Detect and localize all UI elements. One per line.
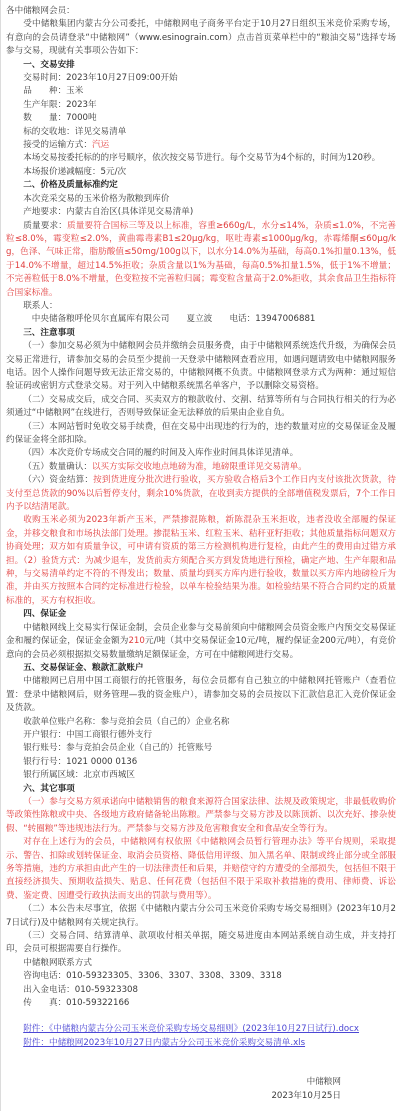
notice-3-text: （三）本网站暂时免收交易手续费，但在交易中出现违约行为的，违约数量对应的交易保证… bbox=[6, 422, 396, 445]
notice-4-text: （四）本次竞价专场成交合同的履约时间及入库作业时间具体详见清单。 bbox=[23, 448, 298, 458]
attachment-rules-link[interactable]: 附件：《中储粮内蒙古分公司玉米竞价采购专场交易细则》(2023年10月27日试行… bbox=[23, 1024, 359, 1034]
contact-info: 中央储备粮呼伦贝尔直属库有限公司 夏立波 电话：13947006881 bbox=[6, 313, 396, 326]
consult-phone-text: 咨询电话：010-59323305、3306、3307、3308、3309、33… bbox=[23, 971, 282, 981]
bank-number: 银行行号：1021 0000 0136 bbox=[6, 756, 396, 769]
notice-5-text: （五）数量确认： bbox=[23, 462, 92, 472]
deposit-paragraph: 中储粮网线上交易实行保证金制，会员企业参与交易前须向中储粮网会员资金账户内预交交… bbox=[6, 622, 396, 662]
other-1: （一）参与交易方须承诺向中储粮销售的粮食来源符合国家法律、法规及政策规定，非最低… bbox=[6, 796, 396, 836]
notice-4: （四）本次竞价专场成交合同的履约时间及入库作业时间具体详见清单。 bbox=[6, 447, 396, 460]
attachment-list-link[interactable]: 附件：中储粮网2023年10月27日内蒙古分公司玉米竞价采购交易清单.xls bbox=[23, 1038, 305, 1048]
quantity: 数 量：7000吨 bbox=[6, 112, 396, 125]
heading-section-2-text: 二、价格及质量标准约定 bbox=[23, 180, 118, 190]
bank-intro: 中储粮网已启用中国工商银行的托管服务，每位会员都有自己独立的中储粮网托管账户（查… bbox=[6, 675, 396, 715]
other-1-text: （一）参与交易方须承诺向中储粮销售的粮食来源符合国家法律、法规及政策规定，非最低… bbox=[6, 797, 396, 834]
bank-name: 开户银行：中国工商银行德外支行 bbox=[6, 729, 396, 742]
session-rule: 本场交易按委托标的的序号顺序，依次按交易节进行。每个交易节为4个标的，时间为12… bbox=[6, 152, 396, 165]
bank-region-text: 银行所属区域：北京市西城区 bbox=[23, 770, 135, 780]
bank-intro-text: 中储粮网已启用中国工商银行的托管服务，每位会员都有自己独立的中储粮网托管账户（查… bbox=[6, 676, 396, 713]
fax-text: 传 真：010-59322166 bbox=[23, 998, 129, 1008]
payee-name-text: 收款单位账户名称：参与竞拍会员（自己的）企业名称 bbox=[23, 717, 229, 727]
variety-text: 品 种：玉米 bbox=[23, 86, 83, 96]
heading-section-3-text: 三、注意事项 bbox=[23, 328, 75, 338]
heading-section-5: 五、交易保证金、粮款汇款账户 bbox=[6, 662, 396, 675]
deposit-paragraph-text: 210 bbox=[128, 636, 144, 646]
contact-label-text: 联系人： bbox=[23, 301, 57, 311]
notice-1: （一）参加交易必须为中储粮网会员并缴纳会员服务费，由于中储粮网系统迭代升级，为确… bbox=[6, 340, 396, 394]
heading-section-4: 四、保证金 bbox=[6, 608, 396, 621]
fax: 传 真：010-59322166 bbox=[6, 997, 396, 1010]
trade-time-text: 交易时间：2023年10月27日09:00开始 bbox=[23, 73, 177, 83]
spacer bbox=[6, 1010, 396, 1023]
bank-account-text: 银行账号：参与竞拍会员企业（自己的）托管账号 bbox=[23, 743, 212, 753]
price-basis-text: 本次竞采交易的玉米价格为散粮到库价 bbox=[23, 194, 169, 204]
variety: 品 种：玉米 bbox=[6, 85, 396, 98]
delivery-place: 标的交收地：详见交易清单 bbox=[6, 126, 396, 139]
other-3-text: （三）交易合同、结算清单、款项收付相关单据，随交易进度由本网站系统自动生成，并支… bbox=[6, 931, 396, 954]
quality-requirement: 质量要求：质量要符合国标三等及以上标准，容重≥660g/L，水分≤14%，杂质≤… bbox=[6, 220, 396, 300]
intro-paragraph-text: 受中储粮集团内蒙古分公司委托，中储粮网电子商务平台定于10月27日组织玉米竞价采… bbox=[6, 19, 396, 56]
attachment-list: 附件：中储粮网2023年10月27日内蒙古分公司玉米竞价采购交易清单.xls bbox=[6, 1037, 396, 1050]
heading-section-6-text: 六、其它事项 bbox=[23, 784, 75, 794]
signature-org: 中储粮网 bbox=[6, 1076, 396, 1089]
other-2: （二）本公告未尽事宜，依据《中储粮内蒙古分公司玉米竞价采购专场交易细则》(202… bbox=[6, 903, 396, 930]
signature-org-text: 中储粮网 bbox=[307, 1077, 341, 1087]
bank-name-text: 开户银行：中国工商银行德外支行 bbox=[23, 730, 152, 740]
notice-5: （五）数量确认：以买方实际交收地点地磅为准，地磅限重详见交易清单。 bbox=[6, 461, 396, 474]
heading-section-3: 三、注意事项 bbox=[6, 327, 396, 340]
intro-paragraph: 受中储粮集团内蒙古分公司委托，中储粮网电子商务平台定于10月27日组织玉米竞价采… bbox=[6, 18, 396, 58]
origin-requirement: 产地要求：内蒙古自治区(具体详见交易清单) bbox=[6, 206, 396, 219]
session-rule-text: 本场交易按委托标的的序号顺序，依次按交易节进行。每个交易节为4个标的，时间为12… bbox=[23, 153, 380, 163]
attachment-rules: 附件：《中储粮内蒙古分公司玉米竞价采购专场交易细则》(2023年10月27日试行… bbox=[6, 1023, 396, 1036]
heading-section-1-text: 一、交易安排 bbox=[23, 60, 75, 70]
heading-section-4-text: 四、保证金 bbox=[23, 609, 66, 619]
notice-6-detail-text: 收购玉米必须为2023年新产玉米，严禁掺混陈粮，新陈混杂玉米拒收，违者没收全部履… bbox=[6, 515, 396, 605]
price-decrement-text: 本场报价递减幅度：5元/次 bbox=[23, 167, 126, 177]
quantity-text: 数 量：7000吨 bbox=[23, 113, 96, 123]
other-1-penalty-text: 对存在上述行为的会员，中储粮网有权依照《中储粮网会员暂行管理办法》等平台规则，采… bbox=[6, 837, 396, 901]
production-year-text: 生产年限：2023年 bbox=[23, 100, 96, 110]
notice-2-text: （二）交易成交后，成交合同、买卖双方的粮款收付、交割、结算等所有与合同执行相关的… bbox=[6, 395, 396, 418]
transport-mode-text: 接受的运输方式： bbox=[23, 140, 92, 150]
quality-requirement-text: 质量要符合国标三等及以上标准，容重≥660g/L，水分≤14%，杂质≤1.0%，… bbox=[6, 221, 396, 298]
heading-section-1: 一、交易安排 bbox=[6, 59, 396, 72]
heading-section-2: 二、价格及质量标准约定 bbox=[6, 179, 396, 192]
bank-number-text: 银行行号：1021 0000 0136 bbox=[23, 757, 137, 767]
bank-region: 银行所属区域：北京市西城区 bbox=[6, 769, 396, 782]
signature-date-text: 2023年10月25日 bbox=[271, 1091, 341, 1101]
consult-phone: 咨询电话：010-59323305、3306、3307、3308、3309、33… bbox=[6, 970, 396, 983]
announcement-document: 各中储粮网会员：受中储粮集团内蒙古分公司委托，中储粮网电子商务平台定于10月27… bbox=[0, 0, 402, 1111]
production-year: 生产年限：2023年 bbox=[6, 99, 396, 112]
notice-2: （二）交易成交后，成交合同、买卖双方的粮款收付、交割、结算等所有与合同执行相关的… bbox=[6, 394, 396, 421]
origin-requirement-text: 产地要求：内蒙古自治区(具体详见交易清单) bbox=[23, 207, 193, 217]
notice-1-text: （一）参加交易必须为中储粮网会员并缴纳会员服务费，由于中储粮网系统迭代升级，为确… bbox=[6, 341, 396, 391]
payee-name: 收款单位账户名称：参与竞拍会员（自己的）企业名称 bbox=[6, 716, 396, 729]
salutation-text: 各中储粮网会员： bbox=[6, 6, 75, 16]
price-decrement: 本场报价递减幅度：5元/次 bbox=[6, 166, 396, 179]
contact-title: 中储粮网联系方式 bbox=[6, 957, 396, 970]
heading-section-6: 六、其它事项 bbox=[6, 783, 396, 796]
quality-requirement-text: 质量要求： bbox=[23, 221, 67, 231]
contact-info-text: 中央储备粮呼伦贝尔直属库有限公司 夏立波 电话：13947006881 bbox=[32, 314, 316, 324]
signature-date: 2023年10月25日 bbox=[6, 1090, 396, 1103]
notice-6-detail: 收购玉米必须为2023年新产玉米，严禁掺混陈粮，新陈混杂玉米拒收，违者没收全部履… bbox=[6, 514, 396, 608]
price-basis: 本次竞采交易的玉米价格为散粮到库价 bbox=[6, 193, 396, 206]
trade-time: 交易时间：2023年10月27日09:00开始 bbox=[6, 72, 396, 85]
notice-3: （三）本网站暂时免收交易手续费，但在交易中出现违约行为的，违约数量对应的交易保证… bbox=[6, 421, 396, 448]
notice-5-text: 以买方实际交收地点地磅为准，地磅限重详见交易清单。 bbox=[92, 462, 307, 472]
fund-phone-text: 出入金电话：010-59323308 bbox=[23, 985, 138, 995]
contact-title-text: 中储粮网联系方式 bbox=[23, 958, 92, 968]
notice-6: （六）资金结算：按到货进度分批次进行验收，买方验收合格后3个工作日内支付该批次货… bbox=[6, 474, 396, 514]
other-1-penalty: 对存在上述行为的会员，中储粮网有权依照《中储粮网会员暂行管理办法》等平台规则，采… bbox=[6, 836, 396, 903]
transport-mode: 接受的运输方式：汽运 bbox=[6, 139, 396, 152]
other-2-text: （二）本公告未尽事宜，依据《中储粮内蒙古分公司玉米竞价采购专场交易细则》(202… bbox=[6, 904, 396, 927]
delivery-place-text: 标的交收地：详见交易清单 bbox=[23, 127, 126, 137]
salutation: 各中储粮网会员： bbox=[6, 5, 396, 18]
heading-section-5-text: 五、交易保证金、粮款汇款账户 bbox=[23, 663, 143, 673]
fund-phone: 出入金电话：010-59323308 bbox=[6, 984, 396, 997]
bank-account: 银行账号：参与竞拍会员企业（自己的）托管账号 bbox=[6, 742, 396, 755]
spacer bbox=[6, 1050, 396, 1076]
notice-6-text: （六）资金结算： bbox=[23, 475, 93, 485]
other-3: （三）交易合同、结算清单、款项收付相关单据，随交易进度由本网站系统自动生成，并支… bbox=[6, 930, 396, 957]
transport-mode-text: 汽运 bbox=[92, 140, 109, 150]
contact-label: 联系人： bbox=[6, 300, 396, 313]
